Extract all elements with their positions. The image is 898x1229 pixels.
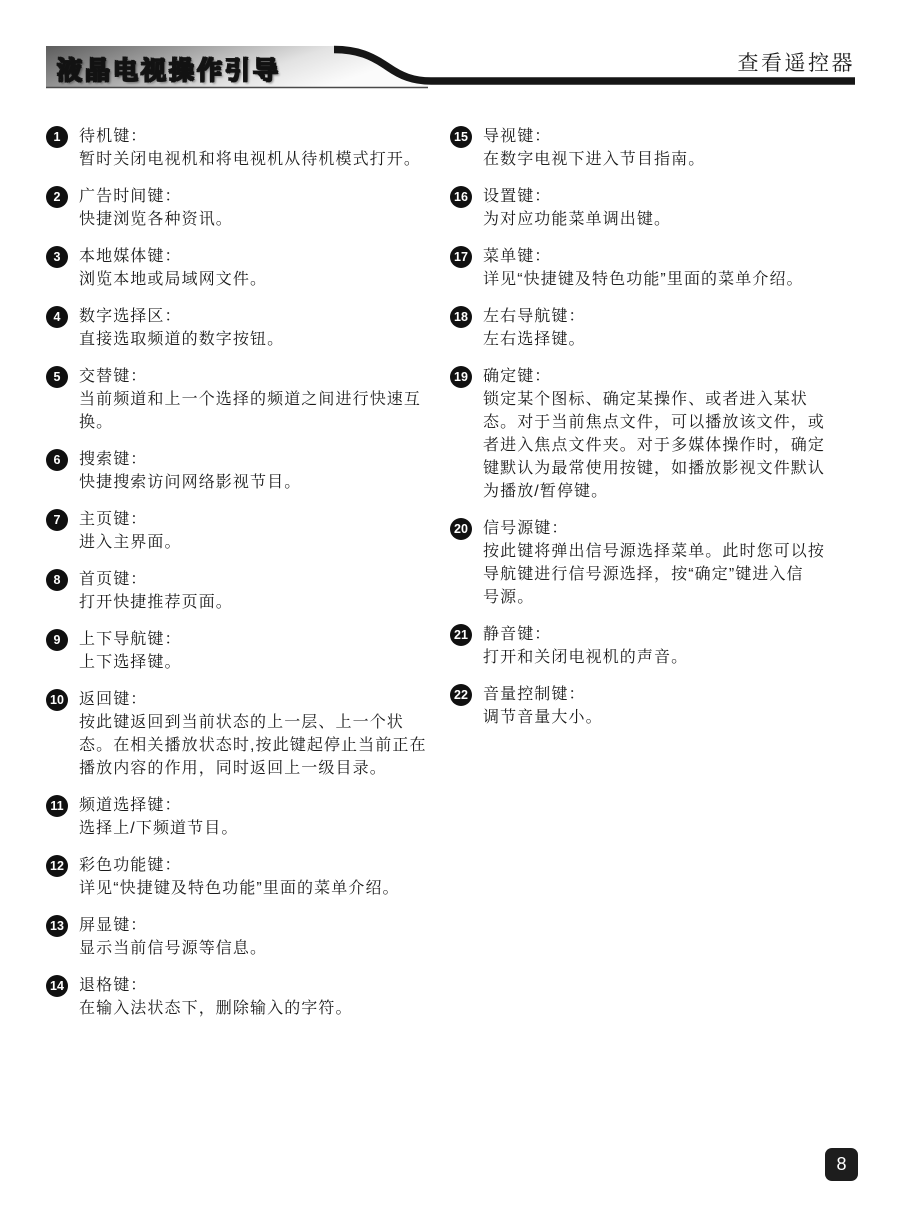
item-title: 广告时间键： [79, 185, 444, 208]
list-item: 10返回键：按此键返回到当前状态的上一层、上一个状 态。在相关播放状态时,按此键… [46, 688, 444, 780]
list-item: 16设置键：为对应功能菜单调出键。 [450, 185, 854, 231]
item-number-badge: 4 [46, 306, 68, 328]
remote-key-list-right: 15导视键：在数字电视下进入节目指南。16设置键：为对应功能菜单调出键。17菜单… [450, 125, 854, 743]
list-item: 12彩色功能键：详见“快捷键及特色功能”里面的菜单介绍。 [46, 854, 444, 900]
item-description: 在数字电视下进入节目指南。 [483, 148, 854, 171]
list-item: 4数字选择区：直接选取频道的数字按钮。 [46, 305, 444, 351]
item-description: 当前频道和上一个选择的频道之间进行快速互 换。 [79, 388, 444, 434]
item-title: 数字选择区： [79, 305, 444, 328]
item-title: 菜单键： [483, 245, 854, 268]
item-title: 屏显键： [79, 914, 444, 937]
item-title: 上下导航键： [79, 628, 444, 651]
item-number-badge: 13 [46, 915, 68, 937]
list-item: 9上下导航键：上下选择键。 [46, 628, 444, 674]
list-item: 17菜单键：详见“快捷键及特色功能”里面的菜单介绍。 [450, 245, 854, 291]
item-content: 屏显键：显示当前信号源等信息。 [79, 914, 444, 960]
list-item: 13屏显键：显示当前信号源等信息。 [46, 914, 444, 960]
item-content: 搜索键：快捷搜索访问网络影视节目。 [79, 448, 444, 494]
item-description: 调节音量大小。 [483, 706, 854, 729]
list-item: 15导视键：在数字电视下进入节目指南。 [450, 125, 854, 171]
item-title: 彩色功能键： [79, 854, 444, 877]
list-item: 18左右导航键：左右选择键。 [450, 305, 854, 351]
item-number-badge: 22 [450, 684, 472, 706]
item-content: 主页键：进入主界面。 [79, 508, 444, 554]
item-description: 详见“快捷键及特色功能”里面的菜单介绍。 [483, 268, 854, 291]
item-content: 首页键：打开快捷推荐页面。 [79, 568, 444, 614]
item-description: 按此键返回到当前状态的上一层、上一个状 态。在相关播放状态时,按此键起停止当前正… [79, 711, 444, 780]
list-item: 19确定键：锁定某个图标、确定某操作、或者进入某状 态。对于当前焦点文件，可以播… [450, 365, 854, 503]
list-item: 3本地媒体键：浏览本地或局域网文件。 [46, 245, 444, 291]
item-content: 退格键：在输入法状态下，删除输入的字符。 [79, 974, 444, 1020]
item-number-badge: 12 [46, 855, 68, 877]
item-number-badge: 16 [450, 186, 472, 208]
item-number-badge: 17 [450, 246, 472, 268]
item-content: 频道选择键：选择上/下频道节目。 [79, 794, 444, 840]
item-number-badge: 19 [450, 366, 472, 388]
item-description: 锁定某个图标、确定某操作、或者进入某状 态。对于当前焦点文件，可以播放该文件，或… [483, 388, 854, 503]
item-content: 左右导航键：左右选择键。 [483, 305, 854, 351]
list-item: 6搜索键：快捷搜索访问网络影视节目。 [46, 448, 444, 494]
list-item: 22音量控制键：调节音量大小。 [450, 683, 854, 729]
item-title: 本地媒体键： [79, 245, 444, 268]
item-description: 详见“快捷键及特色功能”里面的菜单介绍。 [79, 877, 444, 900]
item-content: 交替键：当前频道和上一个选择的频道之间进行快速互 换。 [79, 365, 444, 434]
item-title: 退格键： [79, 974, 444, 997]
item-description: 左右选择键。 [483, 328, 854, 351]
remote-key-descriptions: 1待机键：暂时关闭电视机和将电视机从待机模式打开。2广告时间键：快捷浏览各种资讯… [46, 125, 854, 1034]
item-title: 待机键： [79, 125, 444, 148]
list-item: 14退格键：在输入法状态下，删除输入的字符。 [46, 974, 444, 1020]
item-number-badge: 11 [46, 795, 68, 817]
item-content: 彩色功能键：详见“快捷键及特色功能”里面的菜单介绍。 [79, 854, 444, 900]
item-description: 打开快捷推荐页面。 [79, 591, 444, 614]
item-content: 确定键：锁定某个图标、确定某操作、或者进入某状 态。对于当前焦点文件，可以播放该… [483, 365, 854, 503]
item-description: 浏览本地或局域网文件。 [79, 268, 444, 291]
page-number-badge: 8 [825, 1148, 858, 1181]
item-number-badge: 7 [46, 509, 68, 531]
item-title: 交替键： [79, 365, 444, 388]
item-title: 导视键： [483, 125, 854, 148]
item-content: 音量控制键：调节音量大小。 [483, 683, 854, 729]
item-description: 快捷搜索访问网络影视节目。 [79, 471, 444, 494]
item-number-badge: 3 [46, 246, 68, 268]
item-title: 频道选择键： [79, 794, 444, 817]
item-content: 待机键：暂时关闭电视机和将电视机从待机模式打开。 [79, 125, 444, 171]
item-content: 本地媒体键：浏览本地或局域网文件。 [79, 245, 444, 291]
item-number-badge: 2 [46, 186, 68, 208]
item-title: 搜索键： [79, 448, 444, 471]
item-content: 广告时间键：快捷浏览各种资讯。 [79, 185, 444, 231]
item-content: 返回键：按此键返回到当前状态的上一层、上一个状 态。在相关播放状态时,按此键起停… [79, 688, 444, 780]
item-number-badge: 6 [46, 449, 68, 471]
item-description: 直接选取频道的数字按钮。 [79, 328, 444, 351]
item-number-badge: 9 [46, 629, 68, 651]
item-content: 数字选择区：直接选取频道的数字按钮。 [79, 305, 444, 351]
item-content: 设置键：为对应功能菜单调出键。 [483, 185, 854, 231]
list-item: 7主页键：进入主界面。 [46, 508, 444, 554]
item-content: 导视键：在数字电视下进入节目指南。 [483, 125, 854, 171]
item-number-badge: 8 [46, 569, 68, 591]
item-description: 快捷浏览各种资讯。 [79, 208, 444, 231]
item-title: 信号源键： [483, 517, 854, 540]
list-item: 8首页键：打开快捷推荐页面。 [46, 568, 444, 614]
list-item: 11频道选择键：选择上/下频道节目。 [46, 794, 444, 840]
item-number-badge: 21 [450, 624, 472, 646]
item-content: 静音键：打开和关闭电视机的声音。 [483, 623, 854, 669]
item-title: 音量控制键： [483, 683, 854, 706]
item-description: 上下选择键。 [79, 651, 444, 674]
item-title: 静音键： [483, 623, 854, 646]
item-description: 暂时关闭电视机和将电视机从待机模式打开。 [79, 148, 444, 171]
item-number-badge: 5 [46, 366, 68, 388]
item-title: 设置键： [483, 185, 854, 208]
item-description: 选择上/下频道节目。 [79, 817, 444, 840]
item-description: 显示当前信号源等信息。 [79, 937, 444, 960]
item-description: 进入主界面。 [79, 531, 444, 554]
remote-key-list-left: 1待机键：暂时关闭电视机和将电视机从待机模式打开。2广告时间键：快捷浏览各种资讯… [46, 125, 444, 1034]
list-item: 5交替键：当前频道和上一个选择的频道之间进行快速互 换。 [46, 365, 444, 434]
item-number-badge: 18 [450, 306, 472, 328]
list-item: 1待机键：暂时关闭电视机和将电视机从待机模式打开。 [46, 125, 444, 171]
item-content: 菜单键：详见“快捷键及特色功能”里面的菜单介绍。 [483, 245, 854, 291]
item-title: 确定键： [483, 365, 854, 388]
item-number-badge: 20 [450, 518, 472, 540]
item-title: 主页键： [79, 508, 444, 531]
item-number-badge: 10 [46, 689, 68, 711]
list-item: 20信号源键：按此键将弹出信号源选择菜单。此时您可以按 导航键进行信号源选择，按… [450, 517, 854, 609]
list-item: 2广告时间键：快捷浏览各种资讯。 [46, 185, 444, 231]
item-title: 返回键： [79, 688, 444, 711]
item-title: 首页键： [79, 568, 444, 591]
item-description: 为对应功能菜单调出键。 [483, 208, 854, 231]
item-content: 信号源键：按此键将弹出信号源选择菜单。此时您可以按 导航键进行信号源选择，按“确… [483, 517, 854, 609]
item-description: 在输入法状态下，删除输入的字符。 [79, 997, 444, 1020]
item-number-badge: 1 [46, 126, 68, 148]
item-title: 左右导航键： [483, 305, 854, 328]
list-item: 21静音键：打开和关闭电视机的声音。 [450, 623, 854, 669]
page-topic: 查看遥控器 [738, 47, 856, 77]
item-description: 打开和关闭电视机的声音。 [483, 646, 854, 669]
item-content: 上下导航键：上下选择键。 [79, 628, 444, 674]
banner-title: 液晶电视操作引导 [57, 51, 281, 87]
item-number-badge: 15 [450, 126, 472, 148]
item-description: 按此键将弹出信号源选择菜单。此时您可以按 导航键进行信号源选择，按“确定”键进入… [483, 540, 854, 609]
item-number-badge: 14 [46, 975, 68, 997]
manual-page: 液晶电视操作引导 查看遥控器 1待机键：暂时关闭电视机和将电视机从待机模式打开。… [0, 0, 898, 1229]
